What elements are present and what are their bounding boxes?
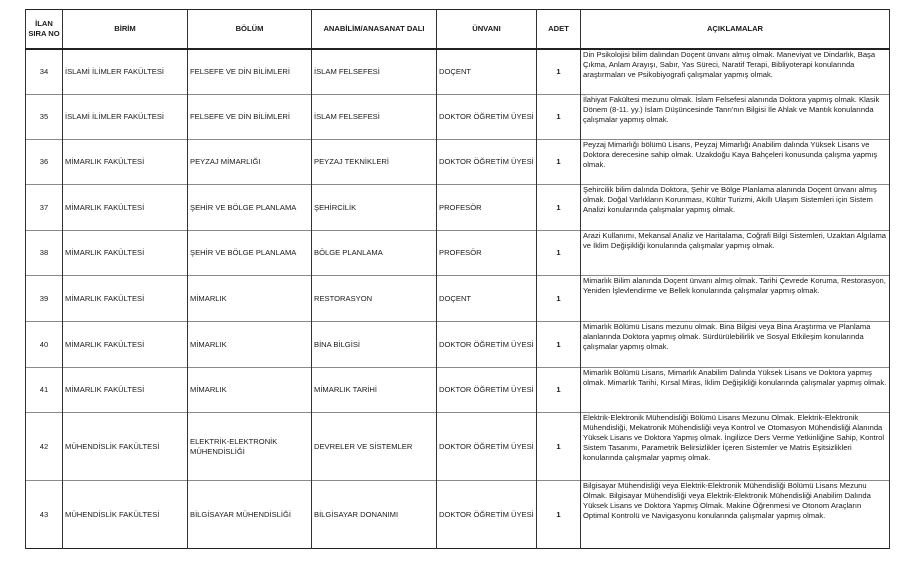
cell-anabilim: İSLAM FELSEFESİ <box>312 49 437 95</box>
cell-bolum: ŞEHİR VE BÖLGE PLANLAMA <box>188 185 312 231</box>
cell-anabilim: ŞEHİRCİLİK <box>312 185 437 231</box>
cell-bolum: PEYZAJ MİMARLIĞI <box>188 140 312 185</box>
header-row: İLAN SIRA NO BİRİM BÖLÜM ANABİLİM/ANASAN… <box>26 10 890 50</box>
cell-ilan-no: 42 <box>26 413 63 481</box>
cell-unvan: DOÇENT <box>437 276 537 322</box>
cell-adet: 1 <box>537 49 581 95</box>
cell-adet: 1 <box>537 276 581 322</box>
cell-ilan-no: 34 <box>26 49 63 95</box>
table-row: 39 MİMARLIK FAKÜLTESİ MİMARLIK RESTORASY… <box>26 276 890 322</box>
cell-birim: MÜHENDİSLİK FAKÜLTESİ <box>63 413 188 481</box>
header-adet: ADET <box>537 10 581 50</box>
cell-unvan: DOKTOR ÖĞRETİM ÜYESİ <box>437 368 537 413</box>
cell-unvan: DOKTOR ÖĞRETİM ÜYESİ <box>437 481 537 549</box>
cell-ilan-no: 37 <box>26 185 63 231</box>
cell-adet: 1 <box>537 140 581 185</box>
cell-adet: 1 <box>537 481 581 549</box>
cell-aciklama: Peyzaj Mimarlığı bölümü Lisans, Peyzaj M… <box>581 140 890 185</box>
table-row: 42 MÜHENDİSLİK FAKÜLTESİ ELEKTRİK-ELEKTR… <box>26 413 890 481</box>
cell-birim: MİMARLIK FAKÜLTESİ <box>63 140 188 185</box>
cell-anabilim: BİNA BİLGİSİ <box>312 322 437 368</box>
cell-bolum: MİMARLIK <box>188 276 312 322</box>
position-listing-table: İLAN SIRA NO BİRİM BÖLÜM ANABİLİM/ANASAN… <box>25 9 890 549</box>
cell-anabilim: DEVRELER VE SİSTEMLER <box>312 413 437 481</box>
header-unvan: ÜNVANI <box>437 10 537 50</box>
table-row: 37 MİMARLIK FAKÜLTESİ ŞEHİR VE BÖLGE PLA… <box>26 185 890 231</box>
cell-birim: MİMARLIK FAKÜLTESİ <box>63 276 188 322</box>
cell-aciklama: Mimarlık Bölümü Lisans, Mimarlık Anabili… <box>581 368 890 413</box>
cell-birim: İSLAMİ İLİMLER FAKÜLTESİ <box>63 49 188 95</box>
header-anabilim: ANABİLİM/ANASANAT DALI <box>312 10 437 50</box>
cell-aciklama: Bilgisayar Mühendisliği veya Elektrik-El… <box>581 481 890 549</box>
cell-aciklama: Mimarlık Bölümü Lisans mezunu olmak. Bin… <box>581 322 890 368</box>
table-row: 38 MİMARLIK FAKÜLTESİ ŞEHİR VE BÖLGE PLA… <box>26 231 890 276</box>
table-row: 40 MİMARLIK FAKÜLTESİ MİMARLIK BİNA BİLG… <box>26 322 890 368</box>
cell-unvan: DOÇENT <box>437 49 537 95</box>
cell-ilan-no: 43 <box>26 481 63 549</box>
cell-aciklama: İlahiyat Fakültesi mezunu olmak. İslam F… <box>581 95 890 140</box>
cell-ilan-no: 41 <box>26 368 63 413</box>
cell-aciklama: Din Psikolojisi bilim dalından Doçent ün… <box>581 49 890 95</box>
cell-unvan: DOKTOR ÖĞRETİM ÜYESİ <box>437 95 537 140</box>
cell-anabilim: PEYZAJ TEKNİKLERİ <box>312 140 437 185</box>
cell-aciklama: Arazi Kullanımı, Mekansal Analiz ve Hari… <box>581 231 890 276</box>
header-bolum: BÖLÜM <box>188 10 312 50</box>
cell-aciklama: Elektrik-Elektronik Mühendisliği Bölümü … <box>581 413 890 481</box>
header-ilan-line1: İLAN <box>35 19 53 28</box>
cell-anabilim: BÖLGE PLANLAMA <box>312 231 437 276</box>
cell-adet: 1 <box>537 185 581 231</box>
cell-birim: MİMARLIK FAKÜLTESİ <box>63 368 188 413</box>
header-ilan-line2: SIRA NO <box>28 29 59 38</box>
cell-bolum: BİLGİSAYAR MÜHENDİSLİĞİ <box>188 481 312 549</box>
cell-bolum: ŞEHİR VE BÖLGE PLANLAMA <box>188 231 312 276</box>
table-row: 36 MİMARLIK FAKÜLTESİ PEYZAJ MİMARLIĞI P… <box>26 140 890 185</box>
cell-adet: 1 <box>537 95 581 140</box>
cell-birim: İSLAMİ İLİMLER FAKÜLTESİ <box>63 95 188 140</box>
table-row: 43 MÜHENDİSLİK FAKÜLTESİ BİLGİSAYAR MÜHE… <box>26 481 890 549</box>
table-row: 34 İSLAMİ İLİMLER FAKÜLTESİ FELSEFE VE D… <box>26 49 890 95</box>
cell-bolum: FELSEFE VE DİN BİLİMLERİ <box>188 95 312 140</box>
cell-anabilim: İSLAM FELSEFESİ <box>312 95 437 140</box>
cell-birim: MİMARLIK FAKÜLTESİ <box>63 322 188 368</box>
cell-aciklama: Mimarlık Bilim alanında Doçent ünvanı al… <box>581 276 890 322</box>
table-header: İLAN SIRA NO BİRİM BÖLÜM ANABİLİM/ANASAN… <box>26 10 890 50</box>
cell-adet: 1 <box>537 368 581 413</box>
header-ilan-sira-no: İLAN SIRA NO <box>26 10 63 50</box>
table-row: 41 MİMARLIK FAKÜLTESİ MİMARLIK MİMARLIK … <box>26 368 890 413</box>
cell-adet: 1 <box>537 231 581 276</box>
cell-anabilim: RESTORASYON <box>312 276 437 322</box>
cell-bolum: ELEKTRİK-ELEKTRONİK MÜHENDİSLİĞİ <box>188 413 312 481</box>
cell-bolum: MİMARLIK <box>188 322 312 368</box>
table-row: 35 İSLAMİ İLİMLER FAKÜLTESİ FELSEFE VE D… <box>26 95 890 140</box>
cell-bolum: MİMARLIK <box>188 368 312 413</box>
cell-unvan: DOKTOR ÖĞRETİM ÜYESİ <box>437 413 537 481</box>
cell-ilan-no: 35 <box>26 95 63 140</box>
cell-aciklama: Şehircilik bilim dalında Doktora, Şehir … <box>581 185 890 231</box>
cell-unvan: DOKTOR ÖĞRETİM ÜYESİ <box>437 322 537 368</box>
cell-birim: MİMARLIK FAKÜLTESİ <box>63 231 188 276</box>
cell-bolum: FELSEFE VE DİN BİLİMLERİ <box>188 49 312 95</box>
cell-unvan: PROFESÖR <box>437 231 537 276</box>
table-body: 34 İSLAMİ İLİMLER FAKÜLTESİ FELSEFE VE D… <box>26 49 890 549</box>
cell-anabilim: BİLGİSAYAR DONANIMI <box>312 481 437 549</box>
header-birim: BİRİM <box>63 10 188 50</box>
cell-ilan-no: 38 <box>26 231 63 276</box>
cell-ilan-no: 36 <box>26 140 63 185</box>
cell-unvan: PROFESÖR <box>437 185 537 231</box>
cell-anabilim: MİMARLIK TARİHİ <box>312 368 437 413</box>
cell-birim: MİMARLIK FAKÜLTESİ <box>63 185 188 231</box>
cell-ilan-no: 40 <box>26 322 63 368</box>
cell-unvan: DOKTOR ÖĞRETİM ÜYESİ <box>437 140 537 185</box>
cell-adet: 1 <box>537 413 581 481</box>
cell-adet: 1 <box>537 322 581 368</box>
header-aciklamalar: AÇIKLAMALAR <box>581 10 890 50</box>
cell-ilan-no: 39 <box>26 276 63 322</box>
cell-birim: MÜHENDİSLİK FAKÜLTESİ <box>63 481 188 549</box>
